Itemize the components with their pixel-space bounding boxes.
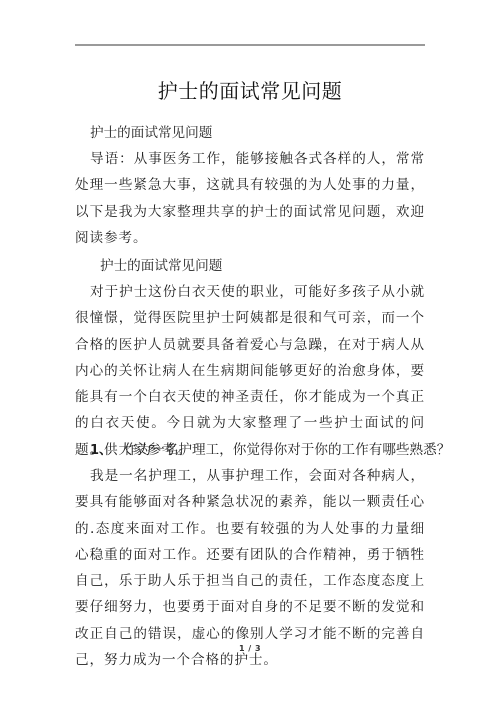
page-indicator: 1 / 3 [0, 644, 500, 653]
document-page: 护士的面试常见问题 护士的面试常见问题 导语：从事医务工作，能够接触各式各样的人… [0, 0, 500, 707]
document-title: 护士的面试常见问题 [0, 78, 500, 104]
intro-paragraph: 导语：从事医务工作，能够接触各式各样的人，常常处理一些紧急大事，这就具有较强的为… [75, 146, 425, 251]
question-number: 1、 [90, 443, 112, 458]
question-item: 1、作为一名护理工，你觉得你对于你的工作有哪些熟悉？ [90, 437, 450, 464]
section-heading: 护士的面试常见问题 [100, 253, 222, 279]
document-subtitle: 护士的面试常见问题 [90, 120, 212, 146]
body-paragraph: 对于护士这份白衣天使的职业，可能好多孩子从小就很憧憬，觉得医院里护士阿姨都是很和… [75, 279, 425, 463]
header-rule [75, 44, 425, 46]
answer-paragraph: 我是一名护理工，从事护理工作，会面对各种病人，要具有能够面对各种紧急状况的素养，… [75, 463, 425, 673]
question-text: 作为一名护理工，你觉得你对于你的工作有哪些熟悉？ [124, 442, 450, 458]
